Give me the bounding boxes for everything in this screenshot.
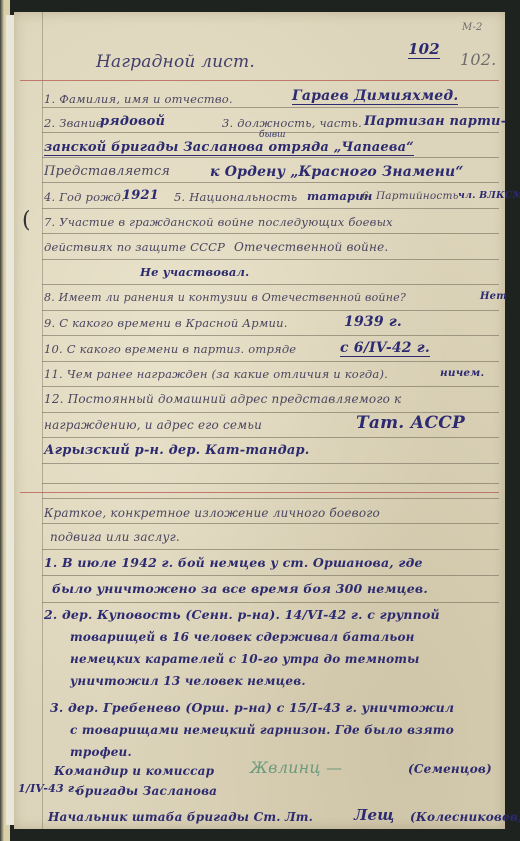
field-name-value: Гараев Димияхмед. xyxy=(292,88,458,105)
field-birthyear-value: 1921 xyxy=(122,188,159,203)
summary-line: с товарищами немецкий гарнизон. Где было… xyxy=(70,723,454,737)
rule xyxy=(42,335,499,336)
rule xyxy=(42,483,499,484)
chief-of-staff-name: (Колесниковев) xyxy=(410,810,520,824)
rule xyxy=(42,575,499,576)
archive-mark: М-2 xyxy=(462,22,483,33)
field-awards-value: ничем. xyxy=(440,367,484,379)
award-name: к Ордену „Красного Знамени“ xyxy=(210,164,464,180)
rule xyxy=(42,361,499,362)
margin-line xyxy=(42,12,43,829)
field-party-value: чл. ВЛКСМ xyxy=(458,190,520,201)
chief-of-staff-label: Начальник штаба бригады Ст. Лт. xyxy=(48,810,313,824)
field-rank-value: рядовой xyxy=(100,114,165,129)
field-address-value: Тат. АССР xyxy=(356,413,465,433)
field-rank-label: 2. Звание xyxy=(44,116,103,130)
commander-name: (Семенцов) xyxy=(408,762,492,776)
rule xyxy=(42,523,499,524)
award-sheet-page: Наградной лист. 102 М-2 102. 1. Фамилия,… xyxy=(14,12,505,829)
insert-word: бывш xyxy=(259,130,286,140)
summary-line: трофеи. xyxy=(70,745,132,759)
summary-line: 2. дер. Куповость (Сенн. р-на). 14/VI-42… xyxy=(44,607,440,622)
field-birthyear-label: 4. Год рожд. xyxy=(44,190,125,204)
field-address-label: 12. Постоянный домашний адрес представля… xyxy=(44,392,401,406)
summary-line: 1. В июле 1942 г. бой немцев у ст. Оршан… xyxy=(44,555,423,570)
field-address-label-2: награждению, и адрес его семьи xyxy=(44,418,262,432)
page-number: 102. xyxy=(460,50,496,69)
commander-signature: Жвлинц — xyxy=(250,758,342,777)
field-position-label: 3. должность, часть. xyxy=(222,116,362,130)
chief-of-staff-signature: Лещ xyxy=(354,806,394,824)
signature-date: 1/IV-43 г. xyxy=(18,782,78,795)
red-rule xyxy=(20,80,499,81)
field-civilwar-label-2: действиях по защите СССР xyxy=(44,240,225,254)
commander-label: Командир и комиссар xyxy=(54,764,214,778)
field-redarmy-label: 9. С какого времени в Красной Армии. xyxy=(44,316,288,330)
field-civilwar-label: 7. Участие в гражданской войне последующ… xyxy=(44,215,393,229)
rule xyxy=(42,157,499,158)
field-unit-value: занской бригады Засланова отряда „Чапаев… xyxy=(44,140,414,156)
rule xyxy=(42,549,499,550)
summary-heading-2: подвига или заслуг. xyxy=(50,530,180,544)
margin-mark: ( xyxy=(22,208,31,233)
field-position-value: Партизан парти- xyxy=(364,114,506,129)
field-address-value-2: Агрызский р-н. дер. Кат-тандар. xyxy=(44,443,309,458)
field-partisan-value: с 6/IV-42 г. xyxy=(340,340,430,357)
field-name-label: 1. Фамилия, имя и отчество. xyxy=(44,92,233,106)
rule xyxy=(42,182,499,183)
field-party-label: 6. Партийность xyxy=(362,190,459,202)
rule xyxy=(42,437,499,438)
rule xyxy=(42,386,499,387)
rule xyxy=(42,259,499,260)
field-redarmy-value: 1939 г. xyxy=(344,314,402,330)
red-rule xyxy=(20,492,499,493)
rule xyxy=(42,107,499,108)
rule xyxy=(42,463,499,464)
summary-line: 3. дер. Гребенево (Орш. р-на) с 15/I-43 … xyxy=(50,700,454,715)
summary-line: уничтожил 13 человек немцев. xyxy=(70,674,306,688)
summary-line: немецких карателей с 10-го утра до темно… xyxy=(70,652,420,666)
field-civilwar-label-3: Отечественной войне. xyxy=(234,240,388,254)
field-partisan-label: 10. С какого времени в партиз. отряде xyxy=(44,342,296,356)
field-nationality-label: 5. Национальность xyxy=(174,190,297,204)
summary-line: было уничтожено за все время боя 300 нем… xyxy=(52,581,428,596)
commander-label-2: бригады Засланова xyxy=(76,784,217,798)
field-wounds-label: 8. Имеет ли ранения и контузии в Отечест… xyxy=(44,291,406,304)
rule xyxy=(42,233,499,234)
summary-line: товарищей в 16 человек сдерживал батальо… xyxy=(70,630,415,644)
presented-label: Представляется xyxy=(44,164,170,179)
rule xyxy=(42,208,499,209)
rule xyxy=(42,602,499,603)
rule xyxy=(42,498,499,499)
field-wounds-value: Нет xyxy=(480,291,507,302)
rule xyxy=(42,284,499,285)
rule xyxy=(42,310,499,311)
field-civilwar-value: Не участвовал. xyxy=(140,265,249,279)
summary-heading: Краткое, конкретное изложение личного бо… xyxy=(44,506,380,520)
document-number: 102 xyxy=(408,40,440,59)
document-title: Наградной лист. xyxy=(96,52,255,72)
field-awards-label: 11. Чем ранее награжден (за какие отличи… xyxy=(44,367,388,381)
